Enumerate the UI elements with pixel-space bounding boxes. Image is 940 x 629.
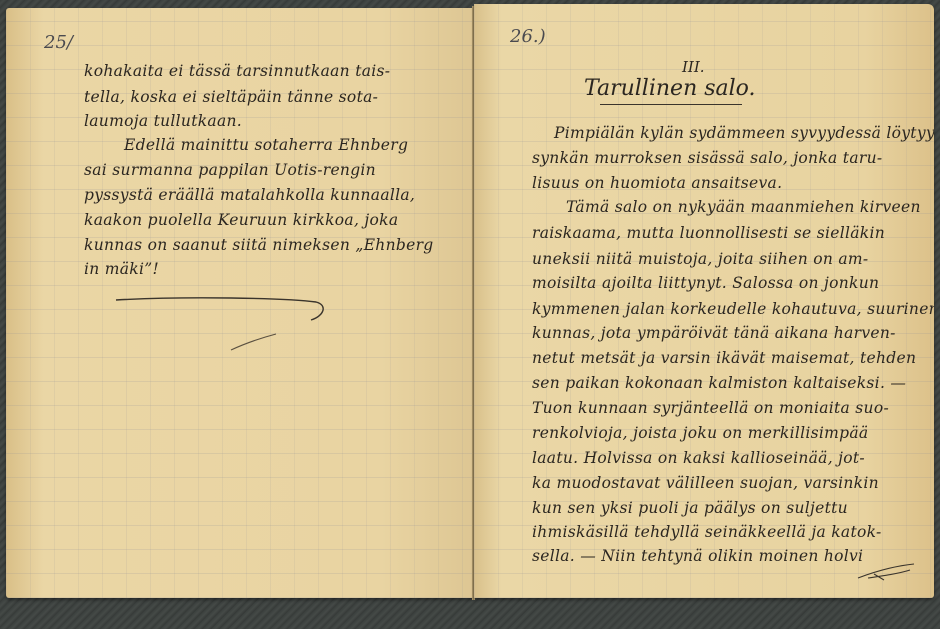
text-line: kohakaita ei tässä tarsinnutkaan tais- (84, 62, 390, 80)
text-line: kunnas, jota ympäröivät tänä aikana harv… (532, 324, 896, 342)
text-line: laatu. Holvissa on kaksi kallioseinää, j… (532, 449, 865, 467)
left-notebook-page: 25/ kohakaita ei tässä tarsinnutkaan tai… (6, 8, 474, 598)
text-line: kymmenen jalan korkeudelle kohautuva, su… (532, 300, 934, 318)
text-line: Tuon kunnaan syrjänteellä on moniaita su… (532, 399, 889, 417)
right-notebook-page: 26.) III. Tarullinen salo. Pimpiälän kyl… (474, 4, 934, 598)
text-line: kaakon puolella Keuruun kirkkoa, joka (84, 211, 398, 229)
text-line: ka muodostavat välilleen suojan, varsink… (532, 474, 879, 492)
text-line: kunnas on saanut siitä nimeksen „Ehnberg (84, 236, 434, 254)
text-line: renkolvioja, joista joku on merkillisimp… (532, 424, 868, 442)
text-line: laumoja tullutkaan. (84, 112, 242, 130)
page-number-left: 25/ (44, 32, 73, 53)
text-line: tella, koska ei sieltäpäin tänne sota- (84, 88, 378, 106)
page-number-right: 26.) (510, 26, 546, 47)
text-line: kun sen yksi puoli ja päälys on suljettu (532, 499, 848, 517)
text-line: sella. — Niin tehtynä olikin moinen holv… (532, 547, 863, 565)
chapter-numeral: III. (682, 58, 705, 76)
text-line: in mäki”! (84, 260, 159, 278)
title-underline (600, 104, 742, 105)
text-line: Tämä salo on nykyään maanmiehen kirveen (566, 198, 921, 216)
text-line: netut metsät ja varsin ikävät maisemat, … (532, 349, 916, 367)
text-line: ihmiskäsillä tehdyllä seinäkkeellä ja ka… (532, 523, 882, 541)
chapter-title: Tarullinen salo. (584, 76, 756, 101)
text-line: raiskaama, mutta luonnollisesti se siell… (532, 224, 885, 242)
text-line: uneksii niitä muistoja, joita siihen on … (532, 250, 868, 268)
text-line: pyssystä eräällä matalahkolla kunnaalla, (84, 186, 415, 204)
catchword-flourish-icon (854, 556, 924, 586)
text-line: sai surmanna pappilan Uotis-rengin (84, 161, 376, 179)
text-line: Edellä mainittu sotaherra Ehnberg (124, 136, 408, 154)
text-line: Pimpiälän kylän sydämmeen syvyydessä löy… (554, 124, 934, 142)
text-line: synkän murroksen sisässä salo, jonka tar… (532, 149, 882, 167)
text-line: lisuus on huomiota ansaitseva. (532, 174, 782, 192)
text-line: moisilta ajoilta liittynyt. Salossa on j… (532, 274, 879, 292)
end-flourish-icon (106, 288, 346, 368)
text-line: sen paikan kokonaan kalmiston kaltaiseks… (532, 374, 906, 392)
